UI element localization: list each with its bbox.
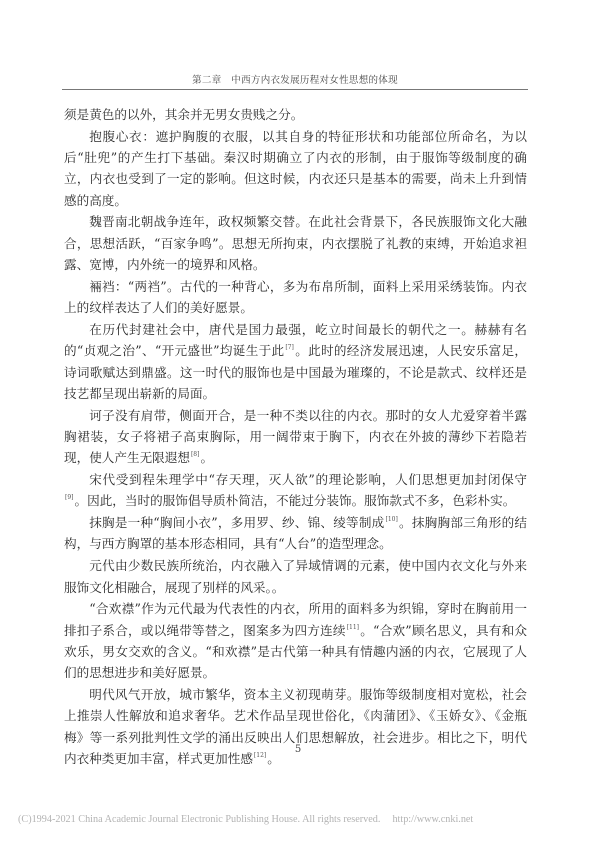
paragraph: “合欢襟”作为元代最为代表性的内衣，所用的面料多为织锦，穿时在胸前用一排扣子系合… xyxy=(64,598,527,683)
paragraph-text: 抱腹心衣：遮护胸腹的衣服，以其自身的特征形状和功能部位所命名，为以后“肚兜”的产… xyxy=(64,129,527,208)
citation-marker[interactable]: [7] xyxy=(285,344,294,351)
paragraph-text: 须是黄色的以外，其余并无男女贵贱之分。 xyxy=(64,107,303,122)
paragraph-text: 。因此，当时的服饰倡导质朴简洁，不能过分装饰。服饰款式不多，色彩朴实。 xyxy=(75,493,516,508)
copyright-footer: (C)1994-2021 China Academic Journal Elec… xyxy=(18,814,596,825)
cnki-url[interactable]: http://www.cnki.net xyxy=(392,814,473,825)
paragraph-text: 魏晋南北朝战争连年，政权频繁交替。在此社会背景下，各民族服饰文化大融合，思想活跃… xyxy=(64,214,527,272)
citation-marker[interactable]: [10] xyxy=(386,516,398,523)
running-header: 第二章 中西方内衣发展历程对女性思想的体现 xyxy=(62,72,528,86)
paragraph: 魏晋南北朝战争连年，政权频繁交替。在此社会背景下，各民族服饰文化大融合，思想活跃… xyxy=(64,211,527,275)
citation-marker[interactable]: [9] xyxy=(65,494,74,501)
paragraph: 元代由少数民族所统治，内衣融入了异域情调的元素，使中国内衣文化与外来服饰文化相融… xyxy=(64,555,527,598)
paragraph: 明代风气开放，城市繁华，资本主义初现萌芽。服饰等级制度相对宽松，社会上推崇人性解… xyxy=(64,684,527,769)
body-text: 须是黄色的以外，其余并无男女贵贱之分。抱腹心衣：遮护胸腹的衣服，以其自身的特征形… xyxy=(64,104,527,769)
paragraph: 抹胸是一种“胸间小衣”，多用罗、纱、锦、绫等制成[10]。抹胸胸部三角形的结构，… xyxy=(64,512,527,555)
paragraph: 裲裆：“两裆”。古代的一种背心，多为布帛所制，面料上采用采绣装饰。内衣上的纹样表… xyxy=(64,276,527,319)
paragraph: 在历代封建社会中，唐代是国力最强，屹立时间最长的朝代之一。赫赫有名的“贞观之治”… xyxy=(64,319,527,404)
paragraph-text: 裲裆：“两裆”。古代的一种背心，多为布帛所制，面料上采用采绣装饰。内衣上的纹样表… xyxy=(64,279,527,315)
paragraph: 宋代受到程朱理学中“存天理，灭人欲”的理论影响，人们思想更加封闭保守[9]。因此… xyxy=(64,469,527,512)
paragraph-text: 宋代受到程朱理学中“存天理，灭人欲”的理论影响，人们思想更加封闭保守 xyxy=(89,472,527,487)
paragraph-text: 抹胸是一种“胸间小衣”，多用罗、纱、锦、绫等制成 xyxy=(89,515,384,530)
paragraph: 诃子没有肩带，侧面开合，是一种不类以往的内衣。那时的女人尤爱穿着半露胸裙装，女子… xyxy=(64,405,527,469)
citation-marker[interactable]: [8] xyxy=(191,451,200,458)
citation-marker[interactable]: [11] xyxy=(347,624,359,631)
paragraph: 须是黄色的以外，其余并无男女贵贱之分。 xyxy=(64,104,527,125)
page-number: 5 xyxy=(0,744,596,755)
paragraph-text: 诃子没有肩带，侧面开合，是一种不类以往的内衣。那时的女人尤爱穿着半露胸裙装，女子… xyxy=(64,408,527,466)
copyright-text: (C)1994-2021 China Academic Journal Elec… xyxy=(18,814,380,825)
paragraph-text: 元代由少数民族所统治，内衣融入了异域情调的元素，使中国内衣文化与外来服饰文化相融… xyxy=(64,558,527,594)
paragraph-text: 。 xyxy=(200,450,213,465)
paragraph: 抱腹心衣：遮护胸腹的衣服，以其自身的特征形状和功能部位所命名，为以后“肚兜”的产… xyxy=(64,126,527,211)
header-rule xyxy=(62,89,528,90)
